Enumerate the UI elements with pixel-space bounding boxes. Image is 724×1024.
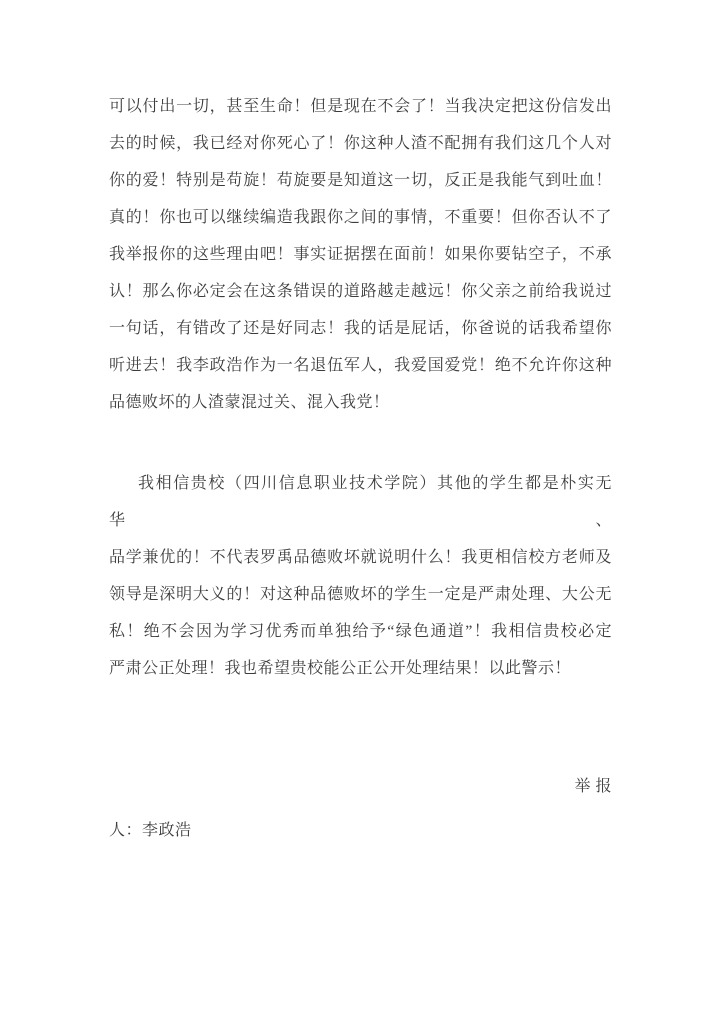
paragraph-2: 我相信贵校（四川信息职业技术学院）其他的学生都是朴实无华、 品学兼优的！不代表罗… [109, 465, 612, 687]
letter-line: 严肃公正处理！我也希望贵校能公正公开处理结果！以此警示！ [109, 650, 612, 687]
letter-line: 一句话，有错改了还是好同志！我的话是屁话，你爸说的话我希望你 [109, 310, 612, 347]
signature-line-1: 举 报 [109, 765, 612, 809]
document-page: 可以付出一切，甚至生命！但是现在不会了！当我决定把这份信发出 去的时候，我已经对… [0, 0, 724, 1024]
letter-line: 私！绝不会因为学习优秀而单独给予“绿色通道”！我相信贵校必定 [109, 613, 612, 650]
blank-line [109, 421, 612, 465]
letter-line: 品学兼优的！不代表罗禹品德败坏就说明什么！我更相信校方老师及 [109, 539, 612, 576]
signature-block: 举 报 人：李政浩 [109, 765, 612, 853]
letter-line: 真的！你也可以继续编造我跟你之间的事情，不重要！但你否认不了 [109, 199, 612, 236]
letter-line: 认！那么你必定会在这条错误的道路越走越远！你父亲之前给我说过 [109, 273, 612, 310]
letter-line: 品德败坏的人渣蒙混过关、混入我党！ [109, 384, 612, 421]
letter-line: 我举报你的这些理由吧！事实证据摆在面前！如果你要钻空子，不承 [109, 236, 612, 273]
letter-line: 去的时候，我已经对你死心了！你这种人渣不配拥有我们这几个人对 [109, 125, 612, 162]
letter-line: 听进去！我李政浩作为一名退伍军人，我爱国爱党！绝不允许你这种 [109, 347, 612, 384]
paragraph-1: 可以付出一切，甚至生命！但是现在不会了！当我决定把这份信发出 去的时候，我已经对… [109, 88, 612, 421]
letter-line: 我相信贵校（四川信息职业技术学院）其他的学生都是朴实无华、 [109, 465, 612, 539]
letter-line: 你的爱！特别是苟旋！苟旋要是知道这一切，反正是我能气到吐血！ [109, 162, 612, 199]
letter-body: 可以付出一切，甚至生命！但是现在不会了！当我决定把这份信发出 去的时候，我已经对… [109, 88, 612, 853]
letter-line: 可以付出一切，甚至生命！但是现在不会了！当我决定把这份信发出 [109, 88, 612, 125]
signature-line-2: 人：李政浩 [109, 809, 612, 853]
blank-lines [109, 687, 612, 765]
letter-line: 领导是深明大义的！对这种品德败坏的学生一定是严肃处理、大公无 [109, 576, 612, 613]
